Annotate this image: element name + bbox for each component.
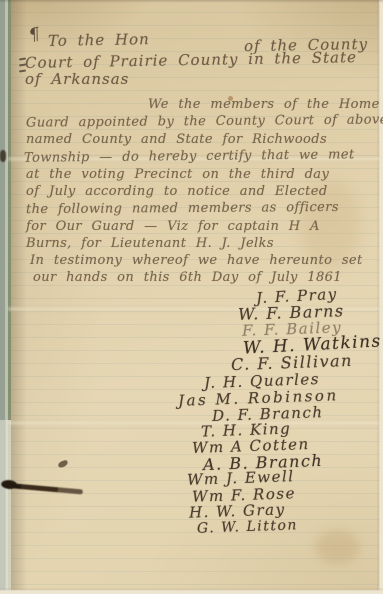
paper-stain (315, 530, 360, 564)
body-line: at the voting Precinct on the third day (26, 167, 329, 182)
paper-top-edge (0, 0, 383, 3)
body-line: Township — do hereby certify that we met (24, 147, 355, 165)
salutation-left: To the Hon (48, 30, 150, 50)
signature: G. W. Litton (197, 517, 298, 537)
scanned-document-page: ¶ To the Hon of the County Court of Prai… (0, 0, 383, 594)
heading-line: of Arkansas (25, 70, 129, 88)
body-line: for Our Guard — Viz for captain H A (26, 219, 320, 234)
corner-flourish-mark: ¶ (27, 24, 42, 46)
paper-right-edge (377, 0, 383, 594)
body-line: Burns, for Lieutenant H. J. Jelks (26, 236, 274, 251)
body-line: In testimony whereof we have hereunto se… (30, 253, 363, 268)
body-line: Guard appointed by the County Court of a… (26, 112, 383, 130)
body-line: We the members of the Home (148, 97, 380, 112)
ink-blot (57, 459, 68, 468)
paper-bottom-edge (0, 588, 383, 594)
page-curl-shadow (11, 0, 27, 594)
body-line: of July according to notice and Elected (26, 184, 328, 199)
heading-line: Court of Prairie County in the State (25, 48, 357, 72)
ink-blot (0, 150, 6, 162)
body-line: named County and State for Richwoods (26, 132, 327, 147)
body-line: the following named members as officers (26, 200, 339, 217)
scan-left-edge-lower (0, 420, 11, 594)
body-line: our hands on this 6th Day of July 1861 (33, 270, 342, 285)
